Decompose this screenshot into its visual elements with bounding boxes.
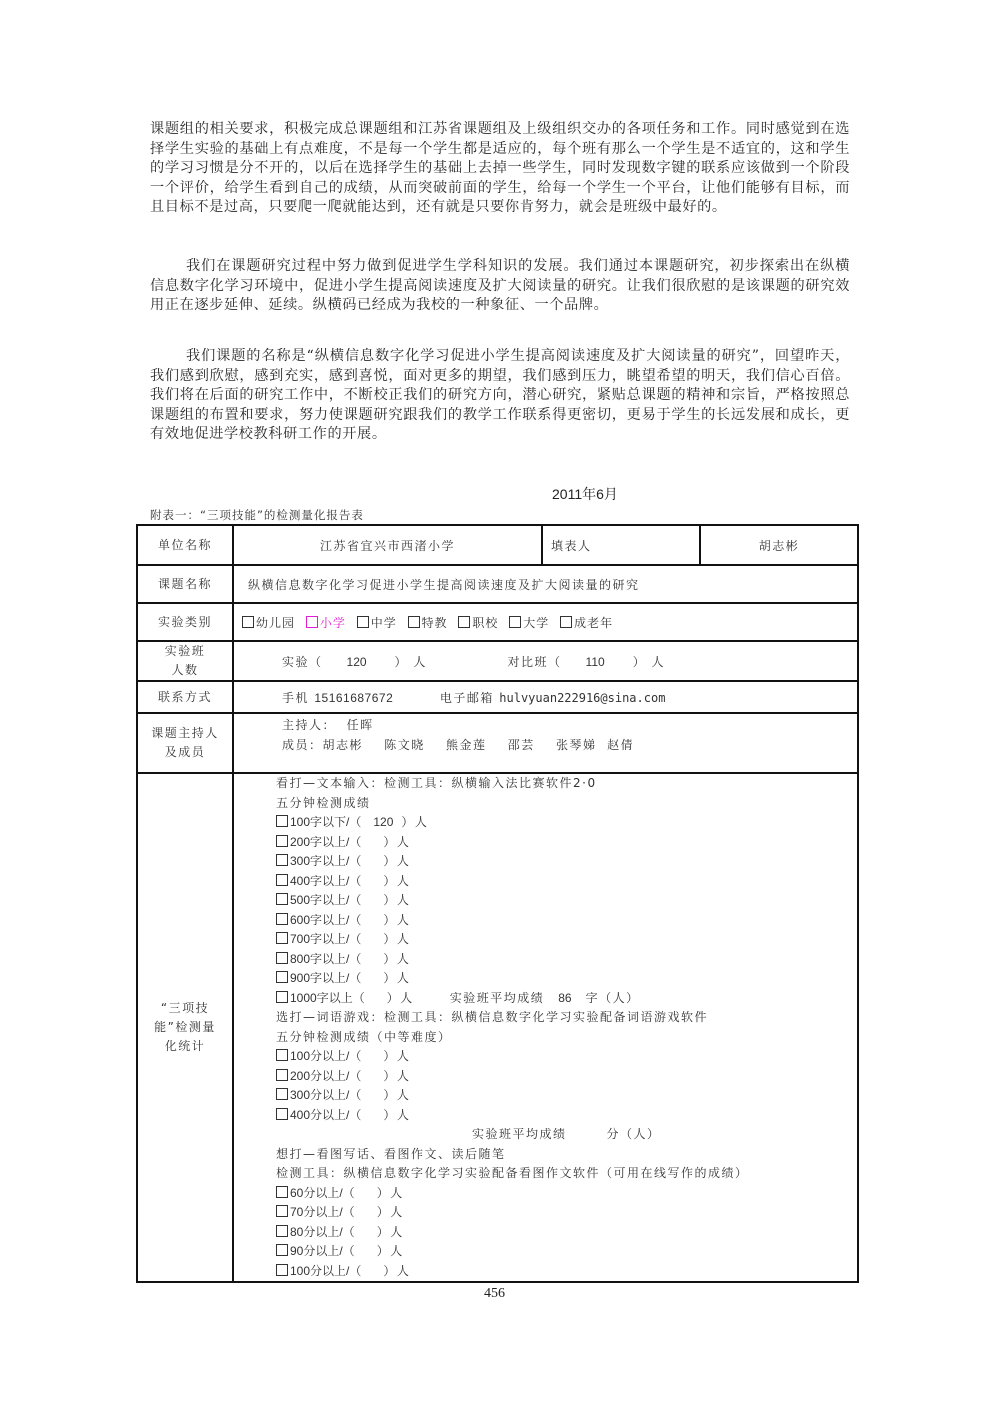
stats-label: “三项技 能”检测量 化统计 (137, 773, 233, 1282)
game-header: 选打—词语游戏：检测工具：纵横信息数字化学习实验配备词语游戏软件 (276, 1008, 849, 1028)
row-class-size: 实验班 人数 实验（120） 人 对比班（110） 人 (137, 641, 858, 681)
email-label: 电子邮箱 (440, 691, 494, 705)
unit-value: 江苏省宜兴市西渚小学 (233, 525, 542, 565)
category-option-vocational[interactable]: 职校 (458, 616, 498, 630)
category-label: 实验类别 (137, 603, 233, 641)
typing-item: 200字以上/（）人 (276, 833, 849, 853)
writing-item: 80分以上/（）人 (276, 1223, 849, 1243)
row-topic: 课题名称 纵横信息数字化学习促进小学生提高阅读速度及扩大阅读量的研究 (137, 565, 858, 603)
contact-values: 手机 15161687672 电子邮箱 hulvyuan222916@sina.… (233, 681, 858, 713)
game-item: 300分以上/（）人 (276, 1086, 849, 1106)
experiment-count: 120 (347, 655, 367, 669)
row-stats: “三项技 能”检测量 化统计 看打—文本输入：检测工具：纵横输入法比赛软件2·0… (137, 773, 858, 1282)
checkbox-icon[interactable] (276, 952, 288, 964)
category-option-middle[interactable]: 中学 (357, 616, 397, 630)
typing-item: 500字以上/（）人 (276, 891, 849, 911)
checkbox-icon[interactable] (276, 1244, 288, 1256)
experiment-prefix: 实验（ (282, 655, 323, 669)
checkbox-icon[interactable] (276, 1225, 288, 1237)
checkbox-icon[interactable] (509, 616, 521, 628)
category-option-university[interactable]: 大学 (509, 616, 549, 630)
control-prefix: 对比班（ (508, 655, 562, 669)
checkbox-icon[interactable] (276, 1205, 288, 1217)
game-item: 100分以上/（）人 (276, 1047, 849, 1067)
filler-value: 胡志彬 (700, 525, 858, 565)
experiment-suffix: ） 人 (395, 655, 427, 669)
typing-item-last: 1000字以上（）人实验班平均成绩86字（人） (276, 989, 849, 1009)
typing-item: 300字以上/（）人 (276, 852, 849, 872)
checkbox-icon[interactable] (276, 1069, 288, 1081)
checkbox-icon[interactable] (357, 616, 369, 628)
game-subheader: 五分钟检测成绩（中等难度） (276, 1028, 849, 1048)
report-table: 单位名称 江苏省宜兴市西渚小学 填表人 胡志彬 课题名称 纵横信息数字化学习促进… (136, 524, 859, 1283)
typing-average-unit: 字（人） (586, 991, 640, 1005)
game-item: 200分以上/（）人 (276, 1067, 849, 1087)
class-size-values: 实验（120） 人 对比班（110） 人 (233, 641, 858, 681)
checkbox-icon[interactable] (276, 991, 288, 1003)
game-average: 实验班平均成绩分（人） (276, 1125, 849, 1145)
phone-label: 手机 (282, 691, 309, 705)
checkbox-icon[interactable] (560, 616, 572, 628)
paragraph-3: 我们课题的名称是“纵横信息数字化学习促进小学生提高阅读速度及扩大阅读量的研究”，… (150, 347, 850, 445)
checkbox-icon[interactable] (242, 616, 254, 628)
email-address: hulvyuan222916@sina.com (499, 691, 665, 705)
writing-tool: 检测工具：纵横信息数字化学习实验配备看图作文软件（可用在线写作的成绩） (276, 1164, 849, 1184)
checkbox-icon[interactable] (276, 971, 288, 983)
category-option-primary-selected[interactable]: 小学 (306, 616, 346, 630)
writing-item: 70分以上/（）人 (276, 1203, 849, 1223)
typing-header: 看打—文本输入：检测工具：纵横输入法比赛软件2·0 (276, 774, 849, 794)
checkbox-icon[interactable] (276, 1088, 288, 1100)
filler-label: 填表人 (542, 525, 700, 565)
category-option-elderly[interactable]: 成老年 (560, 616, 613, 630)
topic-value: 纵横信息数字化学习促进小学生提高阅读速度及扩大阅读量的研究 (233, 565, 858, 603)
typing-average-value: 86 (558, 991, 571, 1005)
row-category: 实验类别 幼儿园 小学 中学 特教 职校 大学 成老年 (137, 603, 858, 641)
checkbox-icon[interactable] (276, 1108, 288, 1120)
unit-label: 单位名称 (137, 525, 233, 565)
category-options: 幼儿园 小学 中学 特教 职校 大学 成老年 (233, 603, 858, 641)
stats-content: 看打—文本输入：检测工具：纵横输入法比赛软件2·0 五分钟检测成绩 100字以下… (233, 773, 858, 1282)
typing-item: 900字以上/（）人 (276, 969, 849, 989)
checkbox-icon[interactable] (276, 1264, 288, 1276)
checkbox-icon[interactable] (408, 616, 420, 628)
checkbox-icon[interactable] (276, 854, 288, 866)
typing-item: 800字以上/（）人 (276, 950, 849, 970)
row-unit: 单位名称 江苏省宜兴市西渚小学 填表人 胡志彬 (137, 525, 858, 565)
typing-item: 100字以下/（120）人 (276, 813, 849, 833)
host-label: 课题主持人 及成员 (137, 713, 233, 773)
checkbox-icon[interactable] (276, 874, 288, 886)
paragraph-2: 我们在课题研究过程中努力做到促进学生学科知识的发展。我们通过本课题研究，初步探索… (150, 257, 850, 316)
document-date: 2011年6月 (552, 484, 618, 504)
contact-label: 联系方式 (137, 681, 233, 713)
game-average-unit: 分（人） (607, 1127, 661, 1141)
typing-item: 400字以上/（）人 (276, 872, 849, 892)
control-suffix: ） 人 (633, 655, 665, 669)
checkbox-icon[interactable] (276, 1049, 288, 1061)
members-line: 成员：胡志彬 陈文晓 熊金莲 邵芸 张琴娣 赵倩 (282, 736, 849, 756)
writing-item: 90分以上/（）人 (276, 1242, 849, 1262)
row-host: 课题主持人 及成员 主持人： 任晖 成员：胡志彬 陈文晓 熊金莲 邵芸 张琴娣 … (137, 713, 858, 773)
checkbox-icon[interactable] (276, 913, 288, 925)
control-count: 110 (586, 655, 605, 669)
checkbox-icon[interactable] (276, 835, 288, 847)
category-option-special[interactable]: 特教 (408, 616, 448, 630)
row-contact: 联系方式 手机 15161687672 电子邮箱 hulvyuan222916@… (137, 681, 858, 713)
page-number: 456 (484, 1286, 505, 1302)
checkbox-icon[interactable] (276, 1186, 288, 1198)
checkbox-icon[interactable] (276, 932, 288, 944)
table-caption: 附表一：“三项技能”的检测量化报告表 (150, 507, 364, 523)
checkbox-icon[interactable] (276, 893, 288, 905)
writing-item: 100分以上/（）人 (276, 1262, 849, 1282)
game-average-label: 实验班平均成绩 (472, 1127, 567, 1141)
writing-item: 60分以上/（）人 (276, 1184, 849, 1204)
checkbox-icon[interactable] (276, 815, 288, 827)
writing-header: 想打—看图写话、看图作文、读后随笔 (276, 1145, 849, 1165)
host-line: 主持人： 任晖 (282, 716, 849, 736)
category-option-kindergarten[interactable]: 幼儿园 (242, 616, 295, 630)
game-item: 400分以上/（）人 (276, 1106, 849, 1126)
typing-subheader: 五分钟检测成绩 (276, 794, 849, 814)
topic-label: 课题名称 (137, 565, 233, 603)
typing-item: 600字以上/（）人 (276, 911, 849, 931)
checkbox-icon[interactable] (458, 616, 470, 628)
typing-item: 700字以上/（）人 (276, 930, 849, 950)
class-size-label: 实验班 人数 (137, 641, 233, 681)
paragraph-1: 课题组的相关要求，积极完成总课题组和江苏省课题组及上级组织交办的各项任务和工作。… (150, 120, 850, 218)
host-values: 主持人： 任晖 成员：胡志彬 陈文晓 熊金莲 邵芸 张琴娣 赵倩 (233, 713, 858, 773)
checkbox-icon[interactable] (306, 616, 318, 628)
phone-number: 15161687672 (314, 691, 393, 705)
typing-average-label: 实验班平均成绩 (450, 991, 545, 1005)
